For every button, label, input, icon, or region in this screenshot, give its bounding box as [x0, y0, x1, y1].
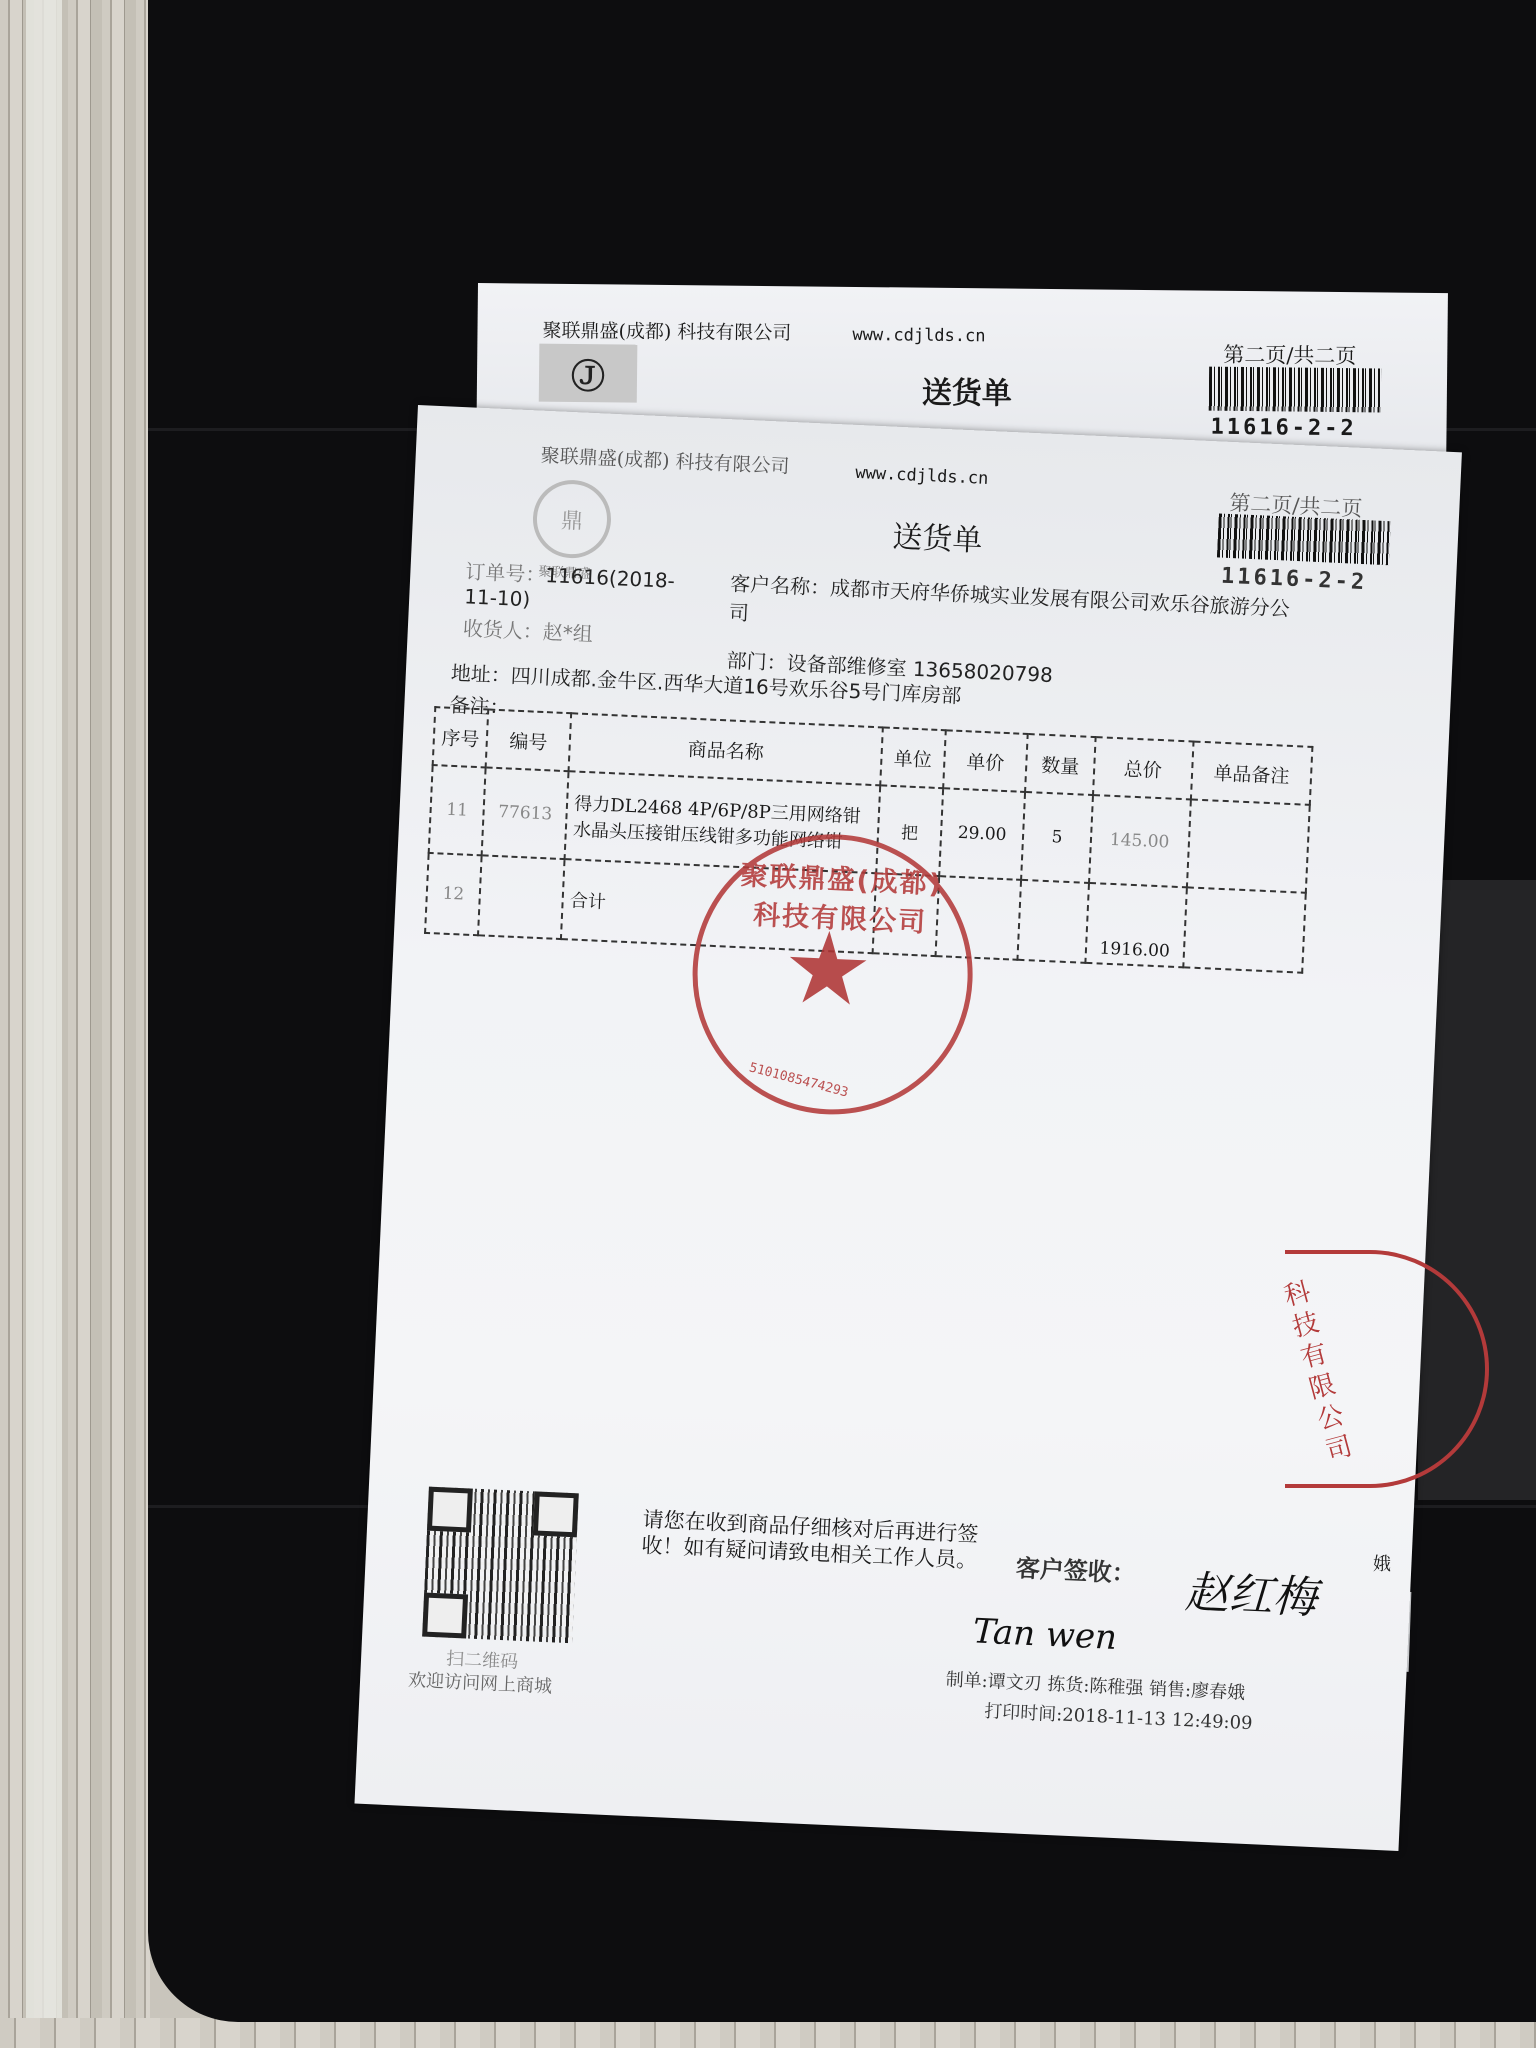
cell-code [478, 855, 565, 939]
col-price: 单价 [943, 730, 1028, 792]
col-total: 总价 [1093, 737, 1194, 799]
edge-character: 娥 [1373, 1550, 1391, 1576]
company-logo-icon: 鼎 [531, 478, 612, 559]
barcode-number: 11616-2-2 [1210, 415, 1356, 442]
qr-caption-2: 欢迎访问网上商城 [408, 1666, 553, 1699]
col-qty: 数量 [1026, 734, 1096, 795]
cell-note [1187, 799, 1310, 892]
cell-qty [1018, 880, 1089, 963]
staff-signature: Tan wen [972, 1611, 1118, 1657]
cell-qty: 5 [1022, 792, 1093, 883]
customer-sign-label: 客户签收： [1015, 1548, 1136, 1588]
stamp-number: 5101085474293 [748, 1060, 850, 1100]
document-title: 送货单 [892, 512, 984, 560]
company-name: 聚联鼎盛(成都) 科技有限公司 [540, 441, 790, 479]
barcode-icon [1209, 367, 1381, 413]
cell-code: 77613 [482, 767, 569, 859]
wooden-desk-bottom [0, 2018, 1536, 2048]
col-code: 编号 [486, 710, 572, 772]
qr-code-icon [422, 1487, 579, 1644]
col-unit: 单位 [880, 727, 945, 788]
customer-name: 客户名称：成都市天府华侨城实业发展有限公司欢乐谷旅游分公司 [728, 567, 1290, 650]
company-logo-icon: Ⓙ [539, 344, 638, 403]
star-icon: ★ [781, 917, 875, 1021]
partial-stamp-text: 科技有限公司 [1281, 1272, 1369, 1468]
cell-total: 145.00 [1089, 795, 1191, 887]
delivery-note-front-sheet: 聚联鼎盛(成都) 科技有限公司 www.cdjlds.cn 鼎 聚联鼎盛 送货单… [354, 405, 1461, 1851]
col-seq: 序号 [433, 707, 489, 767]
wooden-desk-surface [0, 0, 150, 2048]
cell-total: 1916.00 [1085, 883, 1187, 967]
barcode-icon [1217, 513, 1391, 565]
company-name: 聚联鼎盛(成都) 科技有限公司 [542, 316, 791, 346]
cell-seq: 11 [429, 765, 486, 855]
company-website: www.cdjlds.cn [855, 463, 989, 489]
page-indicator: 第二页/共二页 [1223, 339, 1356, 370]
receiver: 收货人：赵*组 [462, 612, 593, 647]
company-website: www.cdjlds.cn [852, 325, 985, 346]
document-title: 送货单 [922, 368, 1012, 413]
customer-signature: 赵红梅 [1184, 1556, 1319, 1626]
order-number: 订单号：11616(2018-11-10) [464, 555, 706, 619]
receipt-notice: 请您在收到商品仔细核对后再进行签收！如有疑问请致电相关工作人员。 [641, 1506, 983, 1573]
cell-seq: 12 [425, 853, 482, 935]
col-note: 单品备注 [1191, 742, 1313, 805]
cell-note [1183, 887, 1306, 972]
